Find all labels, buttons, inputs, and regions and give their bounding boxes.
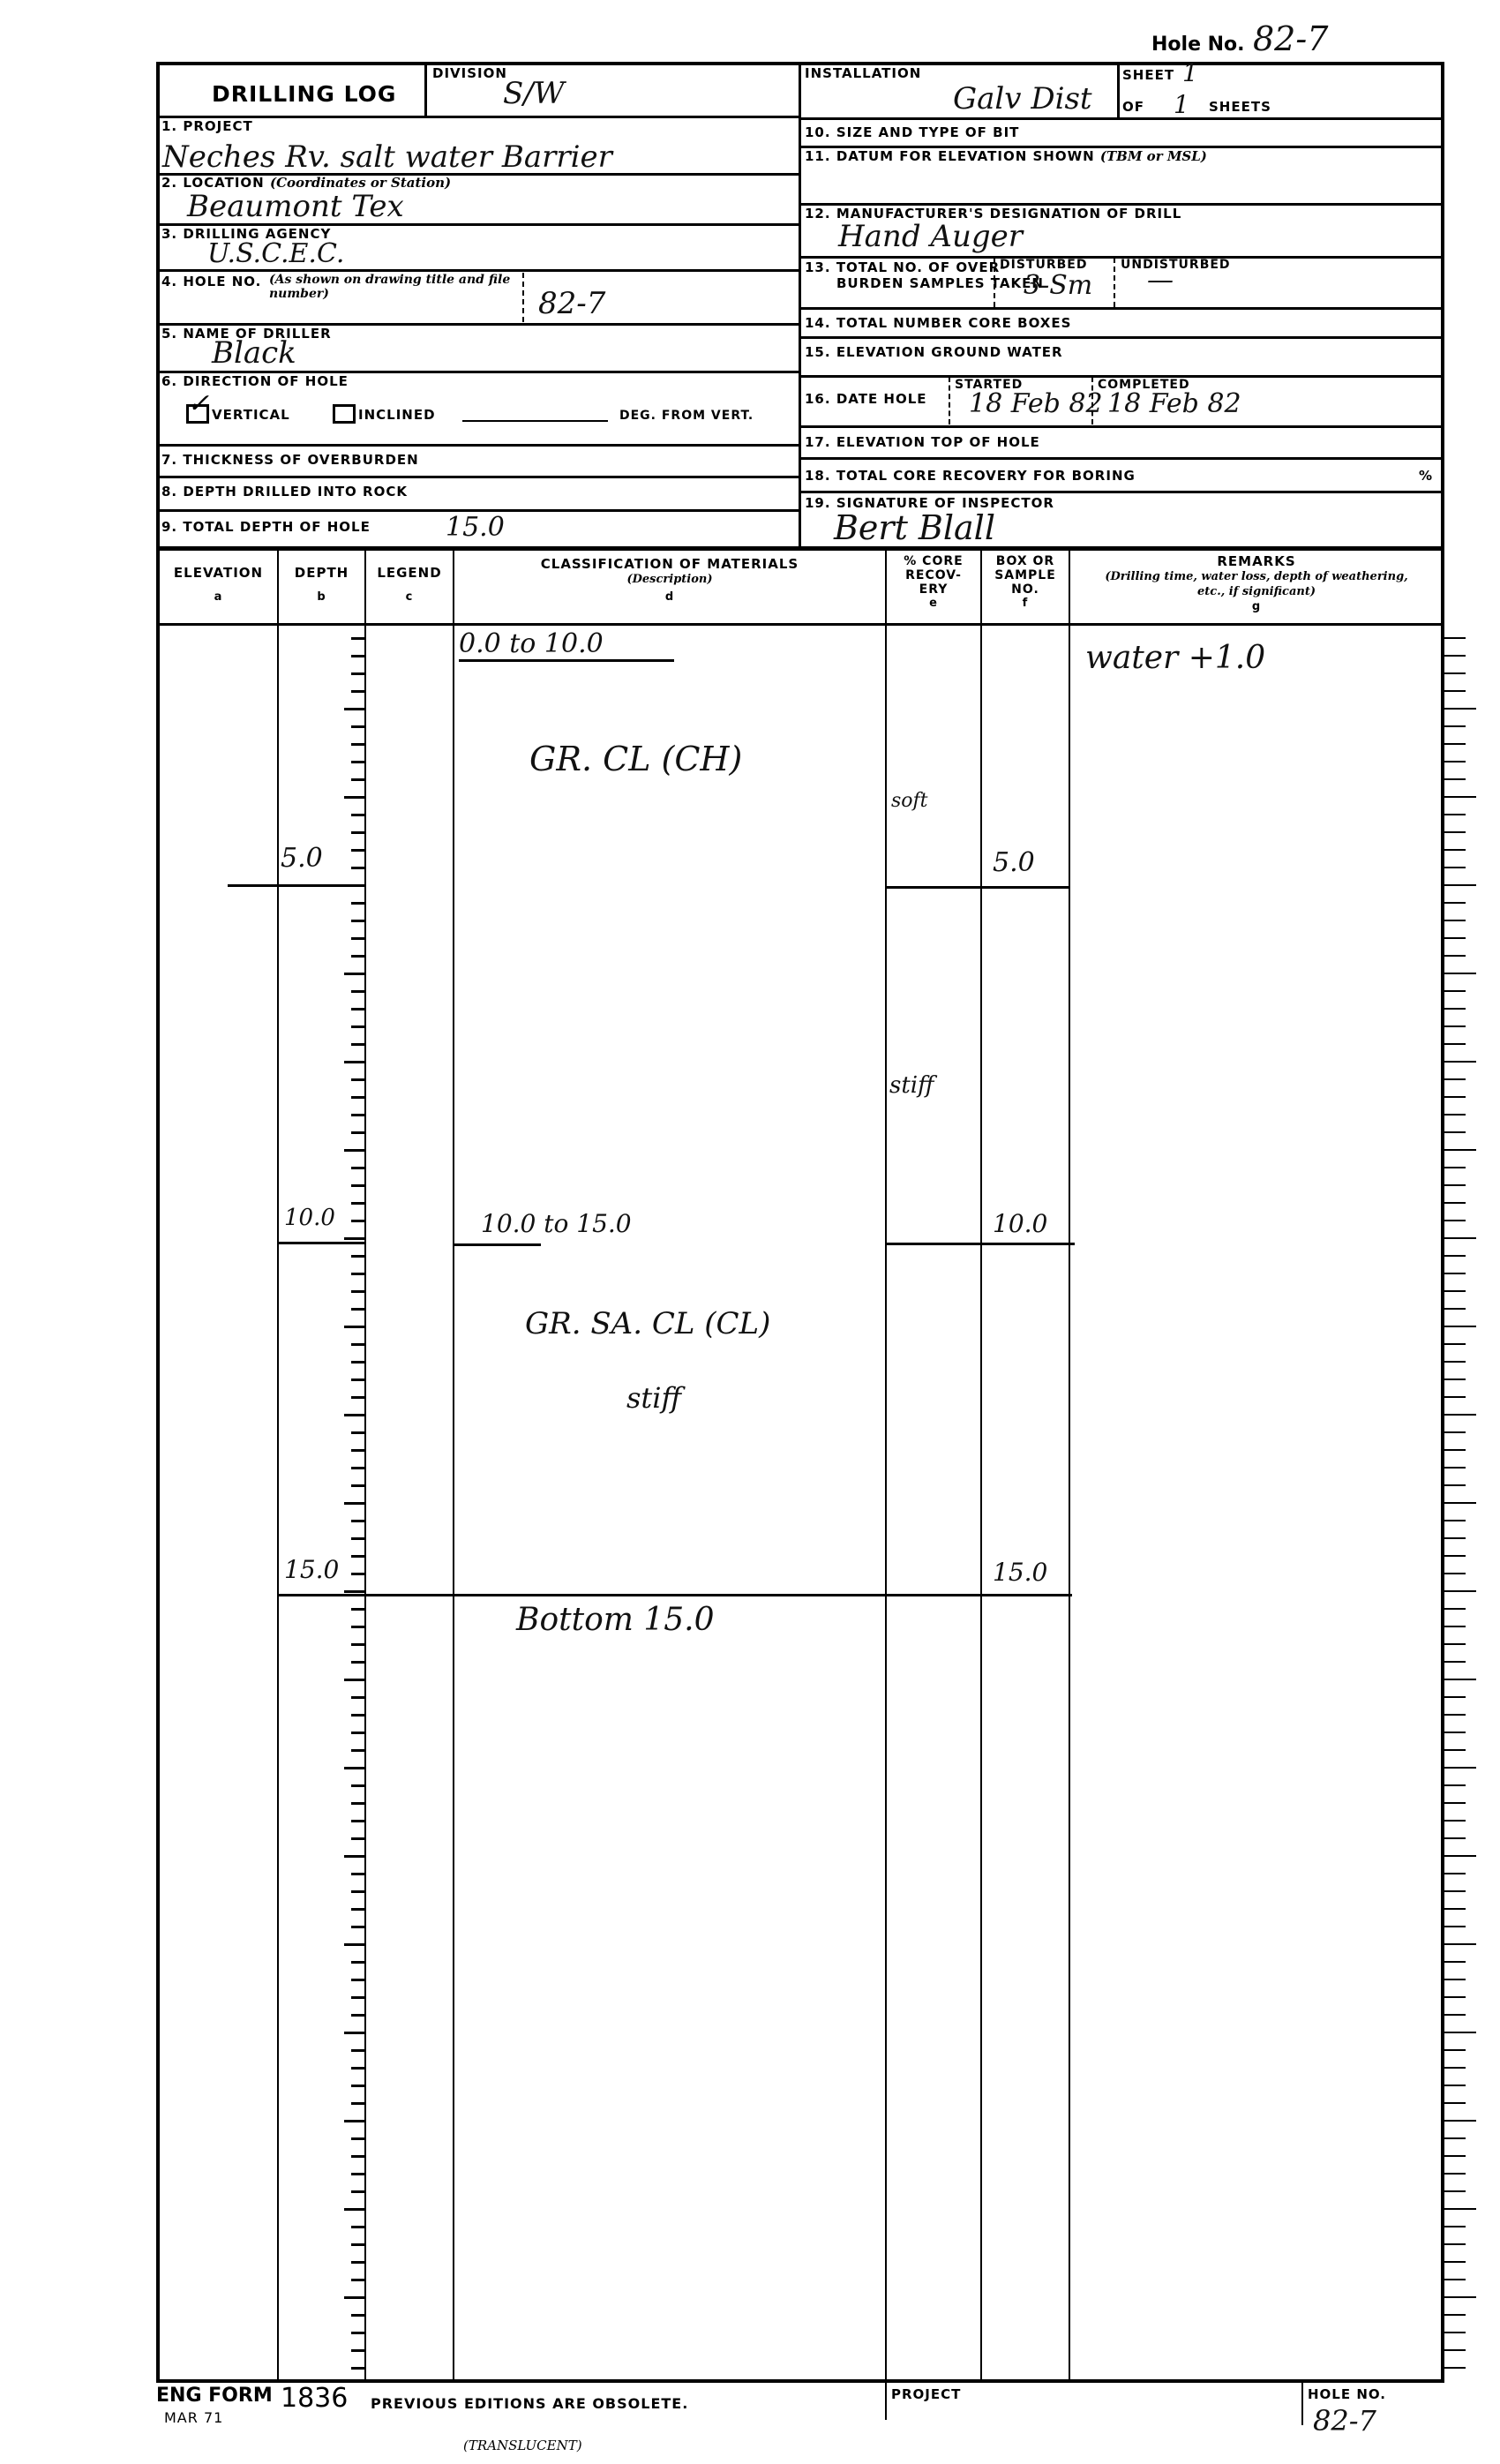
row-sep: [156, 476, 800, 478]
field-num: 9.: [161, 519, 177, 535]
field-label: PROJECT: [183, 118, 252, 134]
footer-hole-no-value[interactable]: 82-7: [1313, 2404, 1376, 2438]
footer-divider: [885, 2383, 887, 2420]
sheet-divider: [1117, 62, 1120, 118]
col-divider-a: [277, 547, 279, 2383]
interval-10-rule: [453, 1243, 541, 1246]
log-table-frame: [156, 547, 1444, 2383]
completed-value[interactable]: 18 Feb 82: [1107, 388, 1241, 419]
field-elev-top[interactable]: 17. ELEVATION TOP OF HOLE: [805, 434, 1040, 450]
field-bit[interactable]: 10. SIZE AND TYPE OF BIT: [805, 124, 1019, 140]
project-value[interactable]: Neches Rv. salt water Barrier: [162, 139, 612, 175]
form-label: ENG FORM: [156, 2385, 273, 2407]
core-recovery-note: stiff: [889, 1072, 934, 1099]
footer-hole-no-label: HOLE NO.: [1308, 2386, 1386, 2402]
sheet-of-label: OF: [1122, 99, 1144, 115]
completed-divider: [1091, 377, 1093, 424]
field-overburden[interactable]: 7. THICKNESS OF OVERBURDEN: [161, 452, 419, 468]
hole-no-field-value[interactable]: 82-7: [538, 286, 605, 321]
field-label: THICKNESS OF OVERBURDEN: [183, 452, 418, 468]
field-num: 18.: [805, 468, 831, 484]
sample-10-rule: [885, 1243, 1075, 1245]
depth-mark: 15.0: [284, 1555, 339, 1584]
col-divider-b: [364, 547, 366, 2383]
header-bottom-rule: [156, 623, 1444, 626]
interval-range: 0.0 to 10.0: [459, 628, 674, 662]
hole-no-label: Hole No.: [1151, 34, 1245, 56]
field-num: 19.: [805, 495, 831, 511]
total-depth-value[interactable]: 15.0: [446, 512, 505, 543]
undisturbed-value[interactable]: —: [1147, 265, 1174, 296]
depth-5-rule: [228, 884, 366, 887]
core-recovery-note: soft: [891, 790, 928, 812]
col-divider-d: [885, 547, 887, 2383]
field-num: 11.: [805, 148, 831, 164]
hole-no-value: 82-7: [1253, 19, 1328, 58]
field-label-2: BURDEN SAMPLES TAKEN: [836, 275, 1044, 291]
field-num: 7.: [161, 452, 177, 468]
deg-label: DEG. FROM VERT.: [619, 409, 754, 423]
col-header-sample-no: BOX ORSAMPLENO.f: [982, 554, 1069, 611]
field-ground-water[interactable]: 15. ELEVATION GROUND WATER: [805, 344, 1063, 360]
driller-value[interactable]: Black: [212, 335, 296, 371]
form-title: DRILLING LOG: [212, 81, 396, 107]
depth-15-rule: [278, 1594, 1072, 1596]
started-value[interactable]: 18 Feb 82: [969, 388, 1103, 419]
field-core-boxes[interactable]: 14. TOTAL NUMBER CORE BOXES: [805, 315, 1071, 331]
field-num: 12.: [805, 206, 831, 222]
depth-mark: 5.0: [281, 843, 323, 874]
col-header-core-recovery: % CORERECOV-ERYe: [887, 554, 980, 611]
col-header-depth: DEPTHb: [279, 565, 364, 605]
col-header-classification: CLASSIFICATION OF MATERIALS (Description…: [454, 556, 885, 605]
row-sep: [799, 491, 1444, 493]
interval-description-2: stiff: [626, 1381, 681, 1415]
field-label: DATUM FOR ELEVATION SHOWN: [836, 148, 1095, 164]
hole-no-divider: [522, 273, 524, 322]
sample-no: 15.0: [993, 1558, 1047, 1587]
field-label: SIZE AND TYPE OF BIT: [836, 124, 1020, 140]
footer-project-label: PROJECT: [891, 2386, 961, 2402]
division-label: DIVISION: [432, 65, 507, 81]
col-divider-e: [980, 547, 982, 2383]
field-num: 13.: [805, 259, 831, 275]
drilling-agency-value[interactable]: U.S.C.E.C.: [207, 238, 344, 269]
field-label: DEPTH DRILLED INTO ROCK: [183, 484, 408, 500]
sheet-value[interactable]: 1: [1182, 58, 1198, 87]
row-sep: [799, 117, 1444, 120]
field-label: DIRECTION OF HOLE: [183, 373, 349, 389]
field-num: 8.: [161, 484, 177, 500]
percent-unit: %: [1419, 468, 1433, 484]
sheet-label: SHEET: [1122, 67, 1174, 83]
col-divider-c: [453, 547, 454, 2383]
field-num: 16.: [805, 391, 831, 407]
depth-10-rule: [278, 1242, 366, 1244]
deg-input-line[interactable]: [462, 420, 608, 422]
field-label: TOTAL NUMBER CORE BOXES: [836, 315, 1072, 331]
footer-divider: [1301, 2383, 1303, 2425]
title-divider: [424, 62, 427, 116]
installation-value[interactable]: Galv Dist: [953, 81, 1092, 116]
location-value[interactable]: Beaumont Tex: [187, 189, 404, 224]
row-sep: [799, 457, 1444, 460]
field-num: 4.: [161, 274, 177, 289]
field-num: 15.: [805, 344, 831, 360]
depth-mark: 10.0: [284, 1205, 335, 1231]
field-datum[interactable]: 11. DATUM FOR ELEVATION SHOWN (TBM or MS…: [805, 148, 1207, 164]
field-num: 10.: [805, 124, 831, 140]
col-header-remarks: REMARKS (Drilling time, water loss, dept…: [1070, 554, 1443, 614]
col-header-elevation: ELEVATIONa: [160, 565, 277, 605]
field-num: 14.: [805, 315, 831, 331]
started-divider: [949, 377, 950, 424]
translucent-note: (TRANSLUCENT): [463, 2438, 582, 2453]
vertical-label: VERTICAL: [212, 407, 290, 423]
disturbed-divider: [994, 258, 995, 307]
interval-description: GR. CL (CH): [529, 740, 742, 778]
check-mark-icon: ✓: [187, 388, 209, 419]
field-label: ELEVATION GROUND WATER: [836, 344, 1063, 360]
field-label: TOTAL NO. OF OVER-: [836, 259, 1007, 275]
field-note: (TBM or MSL): [1100, 148, 1207, 164]
undisturbed-divider: [1114, 258, 1115, 307]
row-sep: [799, 336, 1444, 339]
inclined-checkbox[interactable]: [333, 404, 356, 424]
field-num: 6.: [161, 373, 177, 389]
form-date: MAR 71: [164, 2409, 223, 2426]
undisturbed-label: UNDISTURBED: [1121, 258, 1231, 272]
field-label: TOTAL CORE RECOVERY FOR BORING: [836, 468, 1136, 484]
field-num: 5.: [161, 326, 177, 342]
form-number: 1836: [281, 2383, 348, 2414]
installation-label: INSTALLATION: [805, 65, 921, 81]
bottom-note: Bottom 15.0: [516, 1602, 714, 1638]
interval-range: 10.0 to 15.0: [481, 1209, 632, 1238]
row-sep: [799, 307, 1444, 310]
field-num: 3.: [161, 226, 177, 242]
inclined-label: INCLINED: [358, 407, 436, 423]
row-sep: [799, 425, 1444, 428]
sample-no: 10.0: [993, 1209, 1047, 1238]
sample-no: 5.0: [993, 847, 1035, 878]
field-label: DATE HOLE: [836, 391, 927, 407]
field-num: 1.: [161, 118, 177, 134]
interval-description: GR. SA. CL (CL): [525, 1306, 770, 1341]
field-note: (As shown on drawing title and file numb…: [185, 273, 521, 301]
inspector-signature[interactable]: Bert Blall: [834, 508, 995, 547]
remarks-note: water +1.0: [1085, 640, 1265, 676]
row-sep: [156, 269, 800, 272]
sheet-total[interactable]: 1: [1174, 90, 1189, 119]
field-label: TOTAL DEPTH OF HOLE: [183, 519, 370, 535]
field-depth-rock[interactable]: 8. DEPTH DRILLED INTO ROCK: [161, 484, 408, 500]
sheets-label: SHEETS: [1209, 99, 1271, 115]
col-divider-f: [1069, 547, 1070, 2383]
drill-value[interactable]: Hand Auger: [838, 219, 1023, 254]
field-label: ELEVATION TOP OF HOLE: [836, 434, 1040, 450]
sample-5-rule: [885, 886, 1070, 889]
obsolete-note: PREVIOUS EDITIONS ARE OBSOLETE.: [371, 2395, 688, 2412]
col-header-legend: LEGENDc: [366, 565, 453, 605]
field-num: 2.: [161, 175, 177, 191]
disturbed-value[interactable]: 3-Sm: [1024, 270, 1092, 301]
row-sep: [156, 444, 800, 447]
division-value[interactable]: S/W: [503, 76, 565, 111]
field-num: 17.: [805, 434, 831, 450]
